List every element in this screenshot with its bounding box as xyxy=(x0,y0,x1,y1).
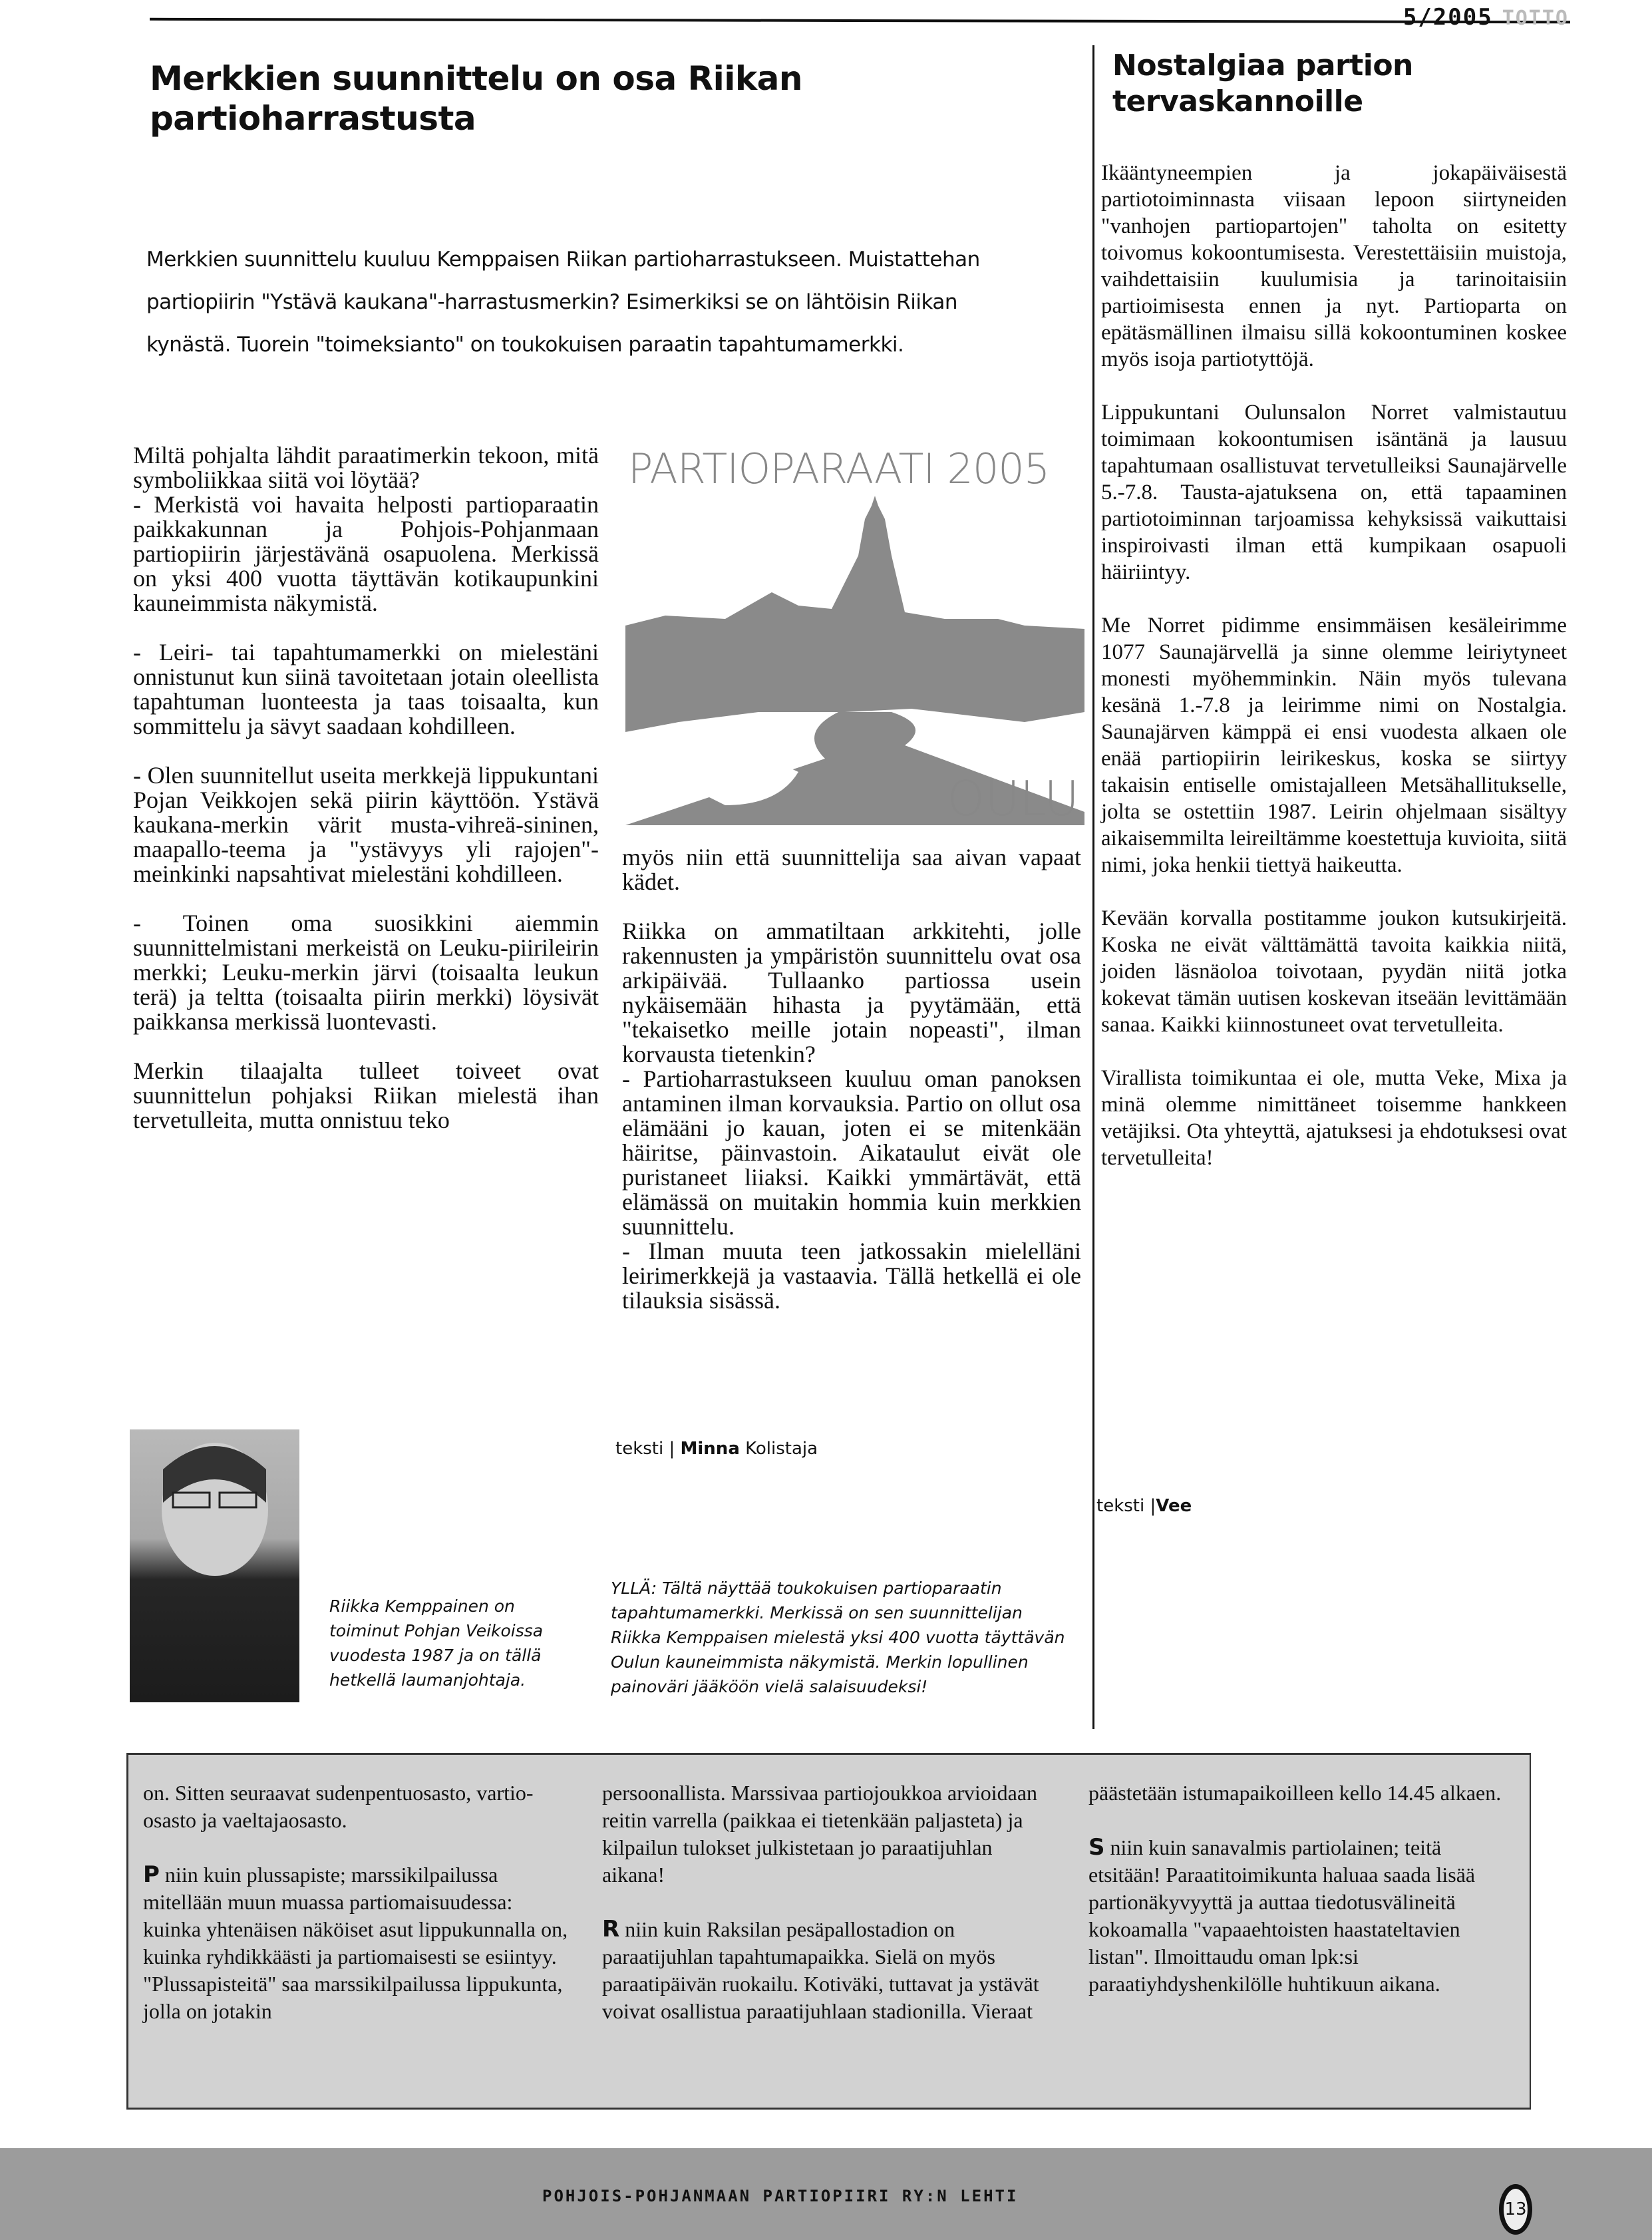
article2-byline: teksti |Vee xyxy=(1096,1496,1192,1516)
photo-caption: Riikka Kemppainen on toiminut Pohjan Vei… xyxy=(329,1594,556,1692)
lead-line: kynästä. Tuorein "toimeksianto" on touko… xyxy=(146,323,1091,366)
box-paragraph-p: P niin kuin plussapiste; marssikilpailus… xyxy=(143,1861,569,2025)
dropcap-s: S xyxy=(1088,1834,1105,1861)
badge-title: PARTIOPARAATI 2005 xyxy=(628,445,1049,493)
question: Miltä pohjalta lähdit paraatimerkin teko… xyxy=(133,443,599,492)
box-paragraph-s: S niin kuin sanavalmis partiolainen; tei… xyxy=(1088,1834,1514,1998)
article1-lead: Merkkien suunnittelu kuuluu Kemppaisen R… xyxy=(146,238,1091,366)
lead-line: partiopiirin "Ystävä kaukana"-harrastusm… xyxy=(146,281,1091,323)
badge-city: OULU xyxy=(947,771,1079,827)
page-number: 13 xyxy=(1499,2184,1532,2235)
box-paragraph: on. Sitten seuraavat sudenpentuosasto, v… xyxy=(143,1779,569,1834)
answer: - Partioharrastukseen kuuluu oman panoks… xyxy=(622,1067,1081,1239)
article2-body: Ikääntyneempien ja jokapäiväisestä parti… xyxy=(1101,160,1567,1198)
paragraph: myös niin että suunnittelija saa aivan v… xyxy=(622,845,1081,894)
article1-byline: teksti | Minna Kolistaja xyxy=(615,1439,818,1459)
dropcap-p: P xyxy=(143,1861,160,1888)
question: Riikka on ammatiltaan arkkitehti, jolle … xyxy=(622,919,1081,1067)
article1-title: Merkkien suunnittelu on osa Riikan parti… xyxy=(150,59,1048,138)
box-paragraph: persoonallista. Marssivaa partiojoukkoa … xyxy=(602,1779,1041,1889)
answer: - Leiri- tai tapahtumamerkki on mielestä… xyxy=(133,640,599,739)
paragraph: Ikääntyneempien ja jokapäiväisestä parti… xyxy=(1101,160,1567,373)
box-paragraph: päästetään istumapaikoilleen kello 14.45… xyxy=(1088,1779,1514,1807)
partioparaati-badge-image: PARTIOPARAATI 2005 OULU xyxy=(625,445,1084,825)
dropcap-r: R xyxy=(602,1916,619,1943)
box-column-3: päästetään istumapaikoilleen kello 14.45… xyxy=(1088,1779,1514,2025)
riikka-portrait-photo xyxy=(130,1429,299,1702)
article2-title: Nostalgiaa partion tervaskannoille xyxy=(1112,48,1578,120)
person-icon xyxy=(130,1429,299,1702)
column-divider xyxy=(1092,45,1094,1729)
paragraph: Me Norret pidimme ensimmäisen kesäleirim… xyxy=(1101,612,1567,878)
issue-number: 5/2005 xyxy=(1403,4,1493,31)
paragraph: Kevään korvalla postitamme joukon kutsuk… xyxy=(1101,905,1567,1038)
paragraph: Lippukuntani Oulunsalon Norret valmistau… xyxy=(1101,399,1567,586)
magazine-name: TOTTO xyxy=(1502,7,1569,30)
box-column-2: persoonallista. Marssivaa partiojoukkoa … xyxy=(602,1779,1041,2052)
paragraph: Merkin tilaajalta tulleet toiveet ovat s… xyxy=(133,1059,599,1133)
issue-label: 5/2005TOTTO xyxy=(1403,4,1569,31)
paragraph: Virallista toimikuntaa ei ole, mutta Vek… xyxy=(1101,1065,1567,1171)
publication-name: POHJOIS-POHJANMAAN PARTIOPIIRI RY:N LEHT… xyxy=(542,2187,1018,2205)
lead-line: Merkkien suunnittelu kuuluu Kemppaisen R… xyxy=(146,238,1091,281)
answer: - Merkistä voi havaita helposti partiopa… xyxy=(133,492,599,616)
box-column-1: on. Sitten seuraavat sudenpentuosasto, v… xyxy=(143,1779,569,2052)
answer: - Olen suunnitellut useita merkkejä lipp… xyxy=(133,763,599,886)
article1-column-2: myös niin että suunnittelija saa aivan v… xyxy=(622,845,1081,1338)
header-rule xyxy=(150,18,1570,23)
box-paragraph-r: R niin kuin Raksilan pesäpallostadion on… xyxy=(602,1916,1041,2025)
article1-column-1: Miltä pohjalta lähdit paraatimerkin teko… xyxy=(133,443,599,1157)
badge-caption: YLLÄ: Tältä näyttää toukokuisen partiopa… xyxy=(611,1576,1070,1699)
answer: - Toinen oma suosikkini aiemmin suunnitt… xyxy=(133,911,599,1034)
answer: - Ilman muuta teen jatkossakin mielellän… xyxy=(622,1239,1081,1313)
